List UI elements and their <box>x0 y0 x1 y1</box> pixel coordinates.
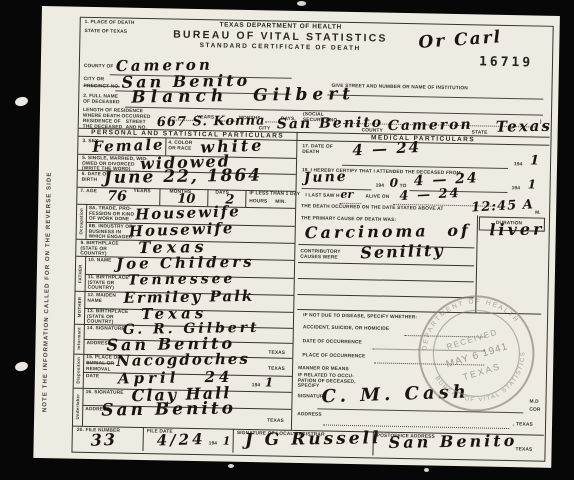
received-stamp: DEPARTMENT OF HEALTH BUREAU OF VITAL STA… <box>413 290 539 416</box>
certificate-paper: NOTE THE INFORMATION CALLED FOR ON THE R… <box>33 6 560 468</box>
reverse-side-note: NOTE THE INFORMATION CALLED FOR ON THE R… <box>42 114 54 412</box>
file-row-divider <box>142 427 143 451</box>
year-prefix: 194 <box>514 162 523 168</box>
certificate-form: 1. PLACE OF DEATH STATE OF TEXAS TEXAS D… <box>71 17 553 462</box>
undertaker-tab: Undertaker <box>73 388 84 426</box>
date-occurrence-label: DATE OF OCCURRENCE <box>303 339 362 346</box>
age-years-label: YEARS <box>133 189 150 195</box>
residence-state-value: Texas <box>496 117 552 136</box>
informant-signature-label: 14. SIGNATURE <box>87 326 125 332</box>
punch-hole <box>14 361 29 373</box>
file-date-value: 4/24 <box>156 430 205 450</box>
cause-line <box>298 278 474 282</box>
dob-value: June 22, 1864 <box>104 165 263 187</box>
to-year-digit: 1 <box>528 177 537 191</box>
precinct-label: PRECINCT NO. <box>83 84 119 90</box>
city-label: CITY OR <box>84 77 105 83</box>
burial-date-label: DATE <box>86 374 99 380</box>
hours-label: HOURS <box>249 199 267 205</box>
burial-struck-label: BURIAL OR <box>86 361 114 367</box>
if-less-label: IF LESS THAN 1 DAY <box>249 191 300 197</box>
maiden-name-label: 12. MAIDEN NAME <box>87 293 116 304</box>
file-number-value: 33 <box>90 430 117 450</box>
father-birthplace-value: Tennessee <box>128 271 236 289</box>
contributory-label: CONTRIBUTORY CAUSES WERE <box>300 249 341 261</box>
father-name-label: 10. NAME <box>88 258 112 264</box>
handwritten-annotation: Or Carl <box>418 27 503 53</box>
date-of-death-label: 17. DATE OF DEATH <box>302 144 333 155</box>
column-divider <box>291 132 298 430</box>
punch-hole <box>14 96 29 108</box>
accident-label: ACCIDENT, SUICIDE, OR HOMICIDE <box>303 325 389 332</box>
texas-suffix: TEXAS <box>267 418 284 424</box>
institution-line <box>327 94 543 99</box>
undertaker-address-value: San Benito <box>101 398 236 420</box>
alive-on-label: ALIVE ON <box>365 194 389 200</box>
dod-year-digit: 1 <box>530 153 539 168</box>
full-name-value: Blanch Gilbert <box>131 84 355 108</box>
form-header: TEXAS DEPARTMENT OF HEALTH BUREAU OF VIT… <box>170 20 390 52</box>
contributory-value: Senility <box>360 241 445 263</box>
race-label: 4. COLOR OR RACE <box>168 140 192 151</box>
texas-suffix: TEXAS <box>268 366 285 372</box>
primary-cause-value: Carcinoma of liver <box>305 220 545 243</box>
from-line <box>302 188 372 190</box>
scan-speck <box>424 468 429 472</box>
scanned-death-certificate: NOTE THE INFORMATION CALLED FOR ON THE R… <box>0 0 574 480</box>
last-saw-label: I LAST SAW H <box>305 193 339 199</box>
place-of-death-label: 1. PLACE OF DEATH <box>85 20 135 26</box>
year-prefix: 194 <box>512 186 521 192</box>
postoffice-value: San Benito <box>389 431 518 452</box>
county-label: COUNTY OF <box>84 64 114 70</box>
street-value: 667 S. Konna <box>157 113 266 130</box>
certificate-number: 16719 <box>479 54 533 70</box>
registrar-signature-value: J G Russell <box>245 428 382 450</box>
texas-suffix: TEXAS <box>268 350 285 356</box>
not-disease-label: IF NOT DUE TO DISEASE, SPECIFY WHETHER: <box>303 313 417 321</box>
trade-label: 8A. TRADE, PRO- FESSION OR KIND OF WORK … <box>89 206 134 223</box>
last-saw-date-value: 4 — 24 <box>399 186 461 204</box>
year-prefix: 194 <box>209 441 218 447</box>
disposition-tab: Disposition <box>74 354 85 388</box>
cause-line <box>298 262 474 266</box>
death-time-value: 12:45 A <box>471 197 534 215</box>
texas-suffix: TEXAS <box>516 447 533 453</box>
attended-from-value: June <box>304 169 348 186</box>
scan-speck <box>228 464 234 468</box>
residence-county-value: Cameron <box>388 117 473 134</box>
min-label: MIN. <box>275 200 286 206</box>
father-name-value: Joe Childers <box>116 253 255 273</box>
file-row-divider <box>232 429 233 453</box>
from-year-digit: 0 <box>390 176 399 190</box>
physician-address-label: ADDRESS <box>297 412 322 418</box>
date-of-death-value: 4 — 24 <box>352 138 422 159</box>
scan-speck <box>297 1 306 6</box>
year-prefix: 194 <box>376 183 385 189</box>
undertaker-signature-label: 16. SIGNATURE <box>86 390 124 396</box>
age-divider <box>159 188 160 205</box>
year-prefix: 194 <box>252 383 261 389</box>
file-year-digit: 1 <box>223 435 231 448</box>
age-years-value: 76 <box>107 188 127 204</box>
state-of-texas-label: STATE OF TEXAS <box>84 29 127 35</box>
burial-year-digit: 1 <box>265 375 274 389</box>
last-saw-pronoun: er <box>340 188 353 201</box>
age-label: 7. AGE <box>80 189 97 195</box>
meridiem-label: M. <box>535 211 541 216</box>
texas-suffix: , TEXAS <box>513 422 533 428</box>
age-divider <box>245 190 246 207</box>
full-name-label: 2. FULL NAME OF DECEASED <box>83 94 120 105</box>
place-occurrence-label: PLACE OF OCCURRENCE <box>302 353 365 360</box>
manner-means-label: MANNER OR MEANS <box>298 366 349 372</box>
